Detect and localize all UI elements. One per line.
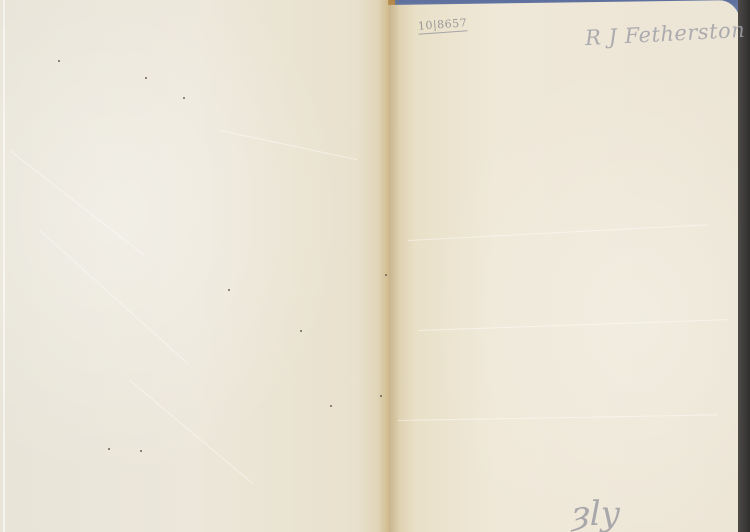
paper-speck [145, 77, 147, 79]
table-shadow [738, 0, 750, 532]
paper-crease [220, 130, 357, 160]
paper-crease [10, 150, 145, 255]
paper-speck [183, 97, 185, 99]
paper-speck [380, 395, 382, 397]
paper-speck [108, 448, 110, 450]
paper-crease [398, 414, 718, 421]
paper-crease [418, 319, 728, 331]
paper-speck [140, 450, 142, 452]
left-endpaper [0, 0, 388, 532]
paper-speck [300, 330, 302, 332]
paper-crease [40, 230, 189, 365]
paper-speck [228, 289, 230, 291]
paper-crease [408, 224, 708, 241]
right-endpaper [388, 0, 740, 532]
paper-speck [330, 405, 332, 407]
bottom-pencil-mark: ȝly [572, 494, 620, 532]
book-photo: 10|8657 R J Fetherston ȝly [0, 0, 750, 532]
paper-speck [385, 274, 387, 276]
book-gutter [378, 0, 400, 532]
paper-crease [130, 380, 253, 484]
paper-speck [58, 60, 60, 62]
